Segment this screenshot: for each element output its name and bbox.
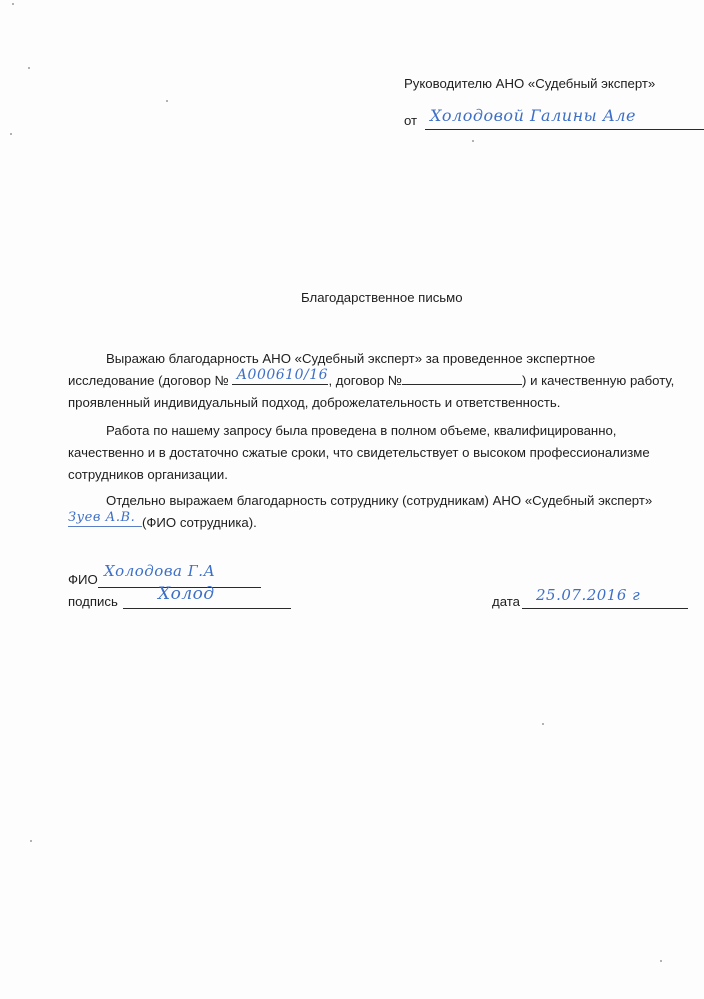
paragraph1-line2: исследование (договор № А000610/16 , дог… [68, 370, 698, 392]
scan-speck [166, 100, 168, 102]
signature-underline [123, 608, 291, 609]
date-label: дата [492, 594, 520, 609]
scan-speck [10, 133, 12, 135]
paragraph2-line1: Работа по нашему запросу была проведена … [68, 420, 698, 442]
fio-label: ФИО [68, 572, 98, 587]
from-underline [425, 129, 704, 130]
scan-speck [30, 840, 32, 842]
from-handwritten-name: Холодовой Галины Але [430, 106, 636, 125]
paragraph2-line3: сотрудников организации. [68, 464, 698, 486]
signature-handwritten: Холод [158, 584, 215, 604]
paragraph2-line2: качественно и в достаточно сжатые сроки,… [68, 442, 698, 464]
employee-name-field: Зуев А.В. [68, 512, 142, 527]
scan-speck [12, 3, 14, 5]
paragraph3-line2: Зуев А.В. (ФИО сотрудника). [68, 512, 698, 534]
date-underline [522, 608, 688, 609]
employee-handwritten-name: Зуев А.В. [68, 507, 135, 529]
signature-label: подпись [68, 594, 118, 609]
scan-speck [28, 67, 30, 69]
contract1-field: А000610/16 [232, 370, 328, 385]
paragraph-employee-thanks: Отдельно выражаем благодарность сотрудни… [68, 490, 698, 534]
paragraph-quality: Работа по нашему запросу была проведена … [68, 420, 698, 486]
scan-speck [542, 723, 544, 725]
letter-title: Благодарственное письмо [301, 290, 463, 305]
date-handwritten: 25.07.2016 г [536, 586, 640, 604]
paragraph1-line3: проявленный индивидуальный подход, добро… [68, 392, 698, 414]
scan-speck [660, 960, 662, 962]
scan-speck [472, 140, 474, 142]
paragraph1-line1: Выражаю благодарность АНО «Судебный эксп… [68, 348, 698, 370]
paragraph3-line1: Отдельно выражаем благодарность сотрудни… [68, 490, 698, 512]
fio-handwritten: Холодова Г.А [104, 562, 215, 580]
paragraph-gratitude: Выражаю благодарность АНО «Судебный эксп… [68, 348, 698, 414]
contract1-handwritten: А000610/16 [236, 364, 328, 386]
contract2-field [402, 370, 522, 385]
from-label: от [404, 113, 417, 128]
addressee-line: Руководителю АНО «Судебный эксперт» [404, 76, 655, 91]
